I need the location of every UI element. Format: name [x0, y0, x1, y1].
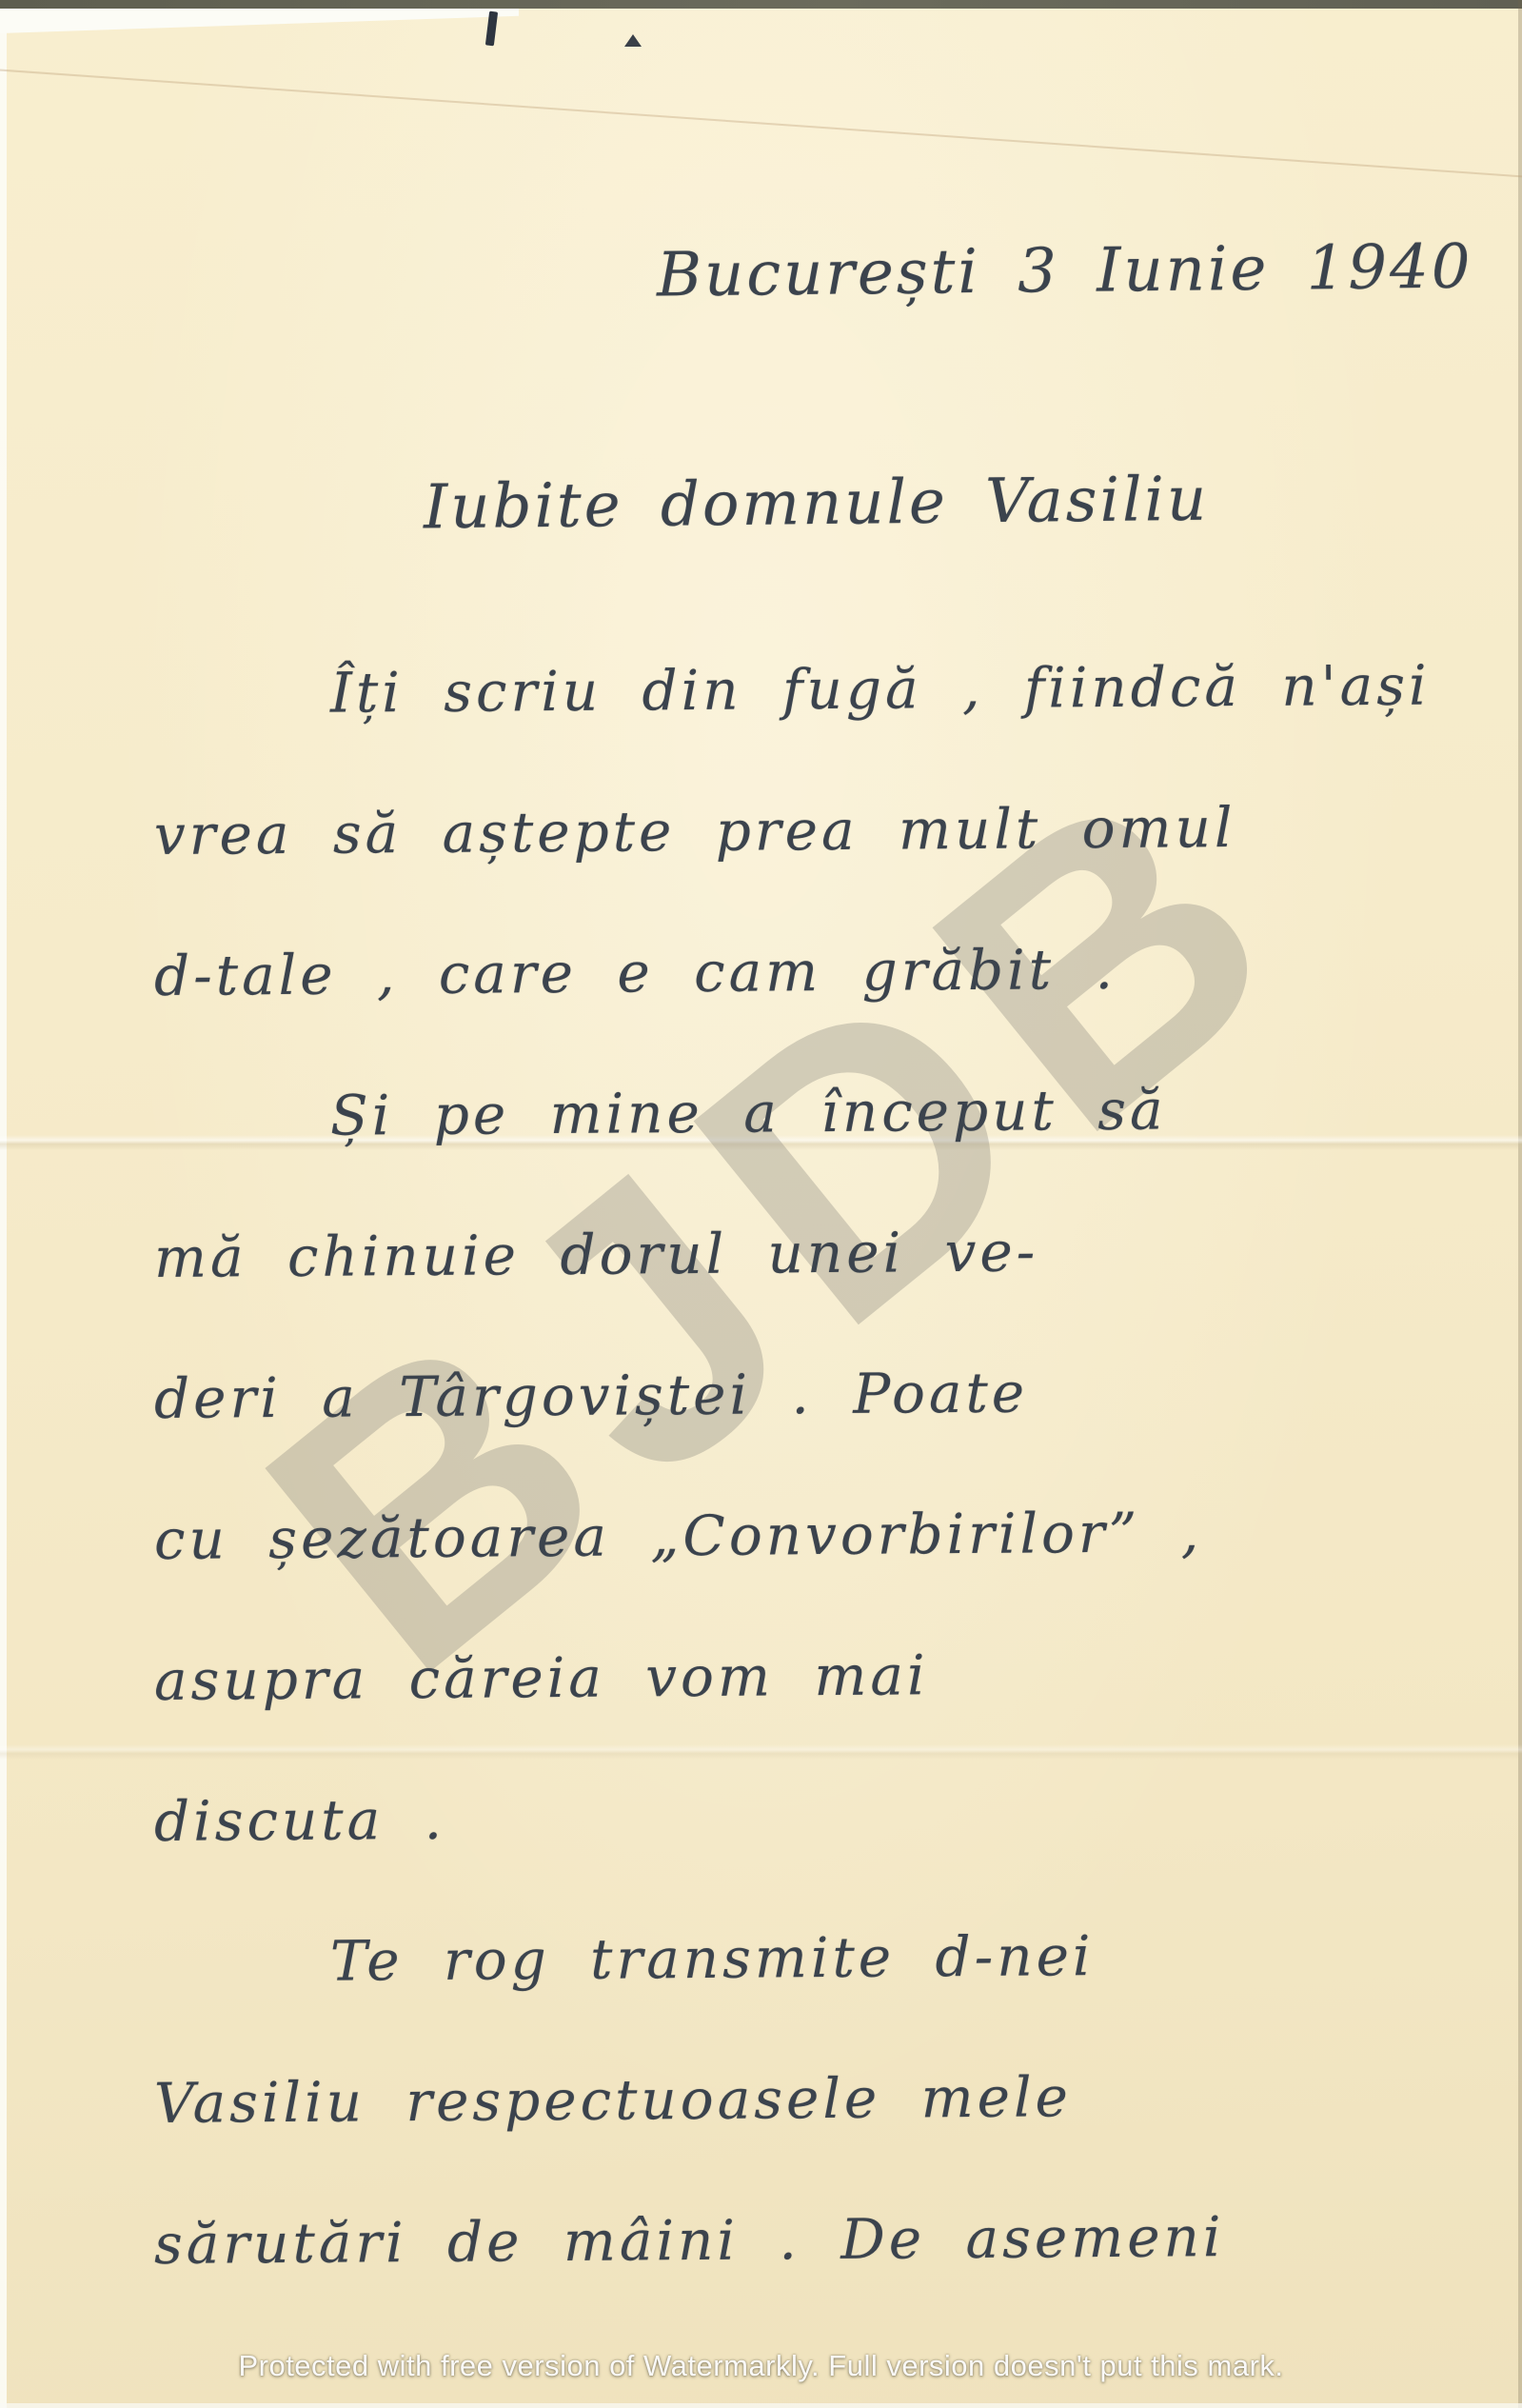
handwriting-line: d-tale , care e cam grăbit .: [154, 896, 1507, 1046]
scan-edge-bottom: [0, 2403, 1522, 2408]
handwriting-line: Vasiliu respectuoasele mele: [154, 2023, 1507, 2174]
handwriting-line: deri a Târgoviștei . Poate: [154, 1319, 1507, 1469]
paper-edge-line: [0, 69, 1522, 185]
scanned-letter-page: BJDB București 3 Iunie 1940 Iubite domnu…: [0, 0, 1522, 2408]
handwriting-line: cu șezătoarea „Convorbirilor” ,: [154, 1460, 1507, 1610]
handwriting-line: Te rog transmite d-nei: [154, 1882, 1507, 2033]
scan-edge-left: [0, 27, 7, 2408]
ink-speck: [624, 34, 642, 47]
handwriting-line: Și pe mine a început să: [154, 1037, 1507, 1187]
scan-edge-top: [0, 0, 1522, 9]
dateline: București 3 Iunie 1940: [657, 232, 1473, 311]
watermarkly-protection-notice: Protected with free version of Watermark…: [0, 2349, 1522, 2383]
letter-body: Îți scriu din fugă , fiindcă n'ași vrea …: [154, 619, 1506, 2310]
handwriting-line: vrea să aștepte prea mult omul: [154, 755, 1507, 905]
handwriting-line: mă chinuie dorul unei ve-: [154, 1178, 1507, 1328]
handwriting-line: discuta .: [154, 1741, 1507, 1892]
scan-edge-right: [1518, 0, 1522, 2408]
scan-edge-white-band: [0, 9, 519, 33]
handwriting-line: sărutări de mâini . De asemeni: [154, 2164, 1507, 2315]
salutation: Iubite domnule Vasiliu: [424, 465, 1210, 544]
handwriting-line: Îți scriu din fugă , fiindcă n'ași: [154, 614, 1507, 765]
handwriting-line: asupra căreia vom mai: [154, 1601, 1507, 1751]
